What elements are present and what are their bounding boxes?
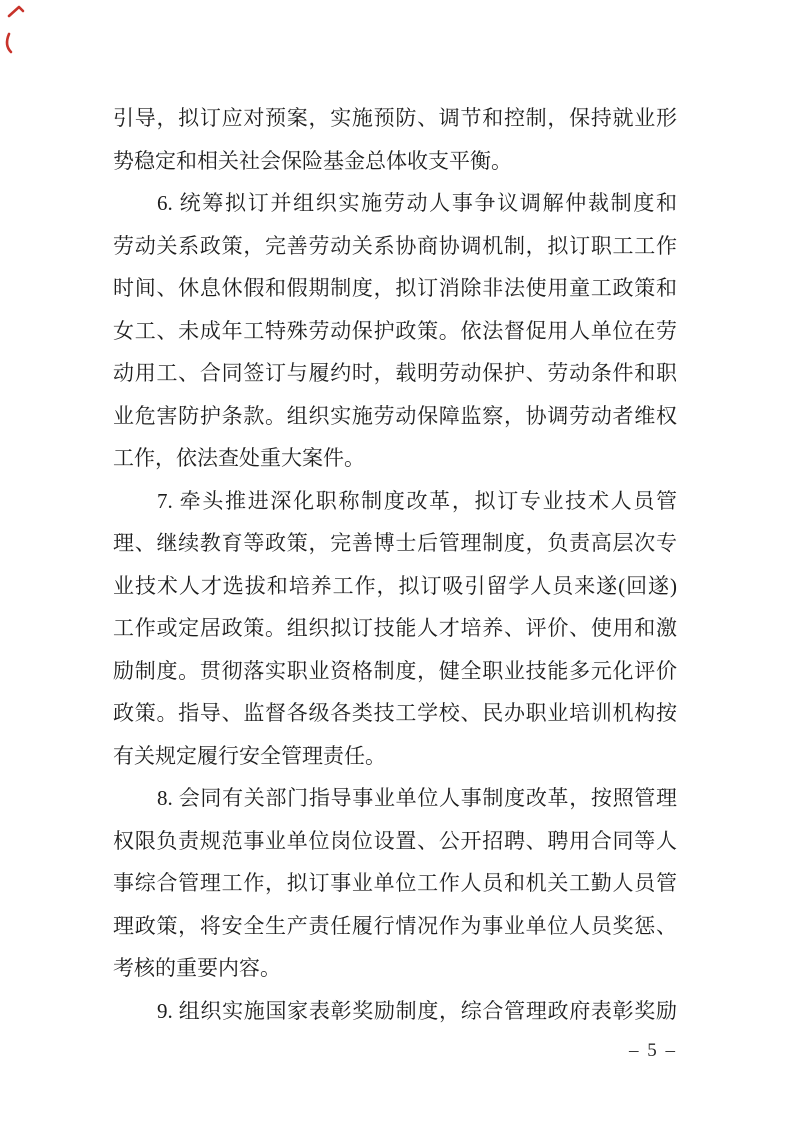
document-page: 引导，拟订应对预案，实施预防、调节和控制，保持就业形 势稳定和相关社会保险基金总…: [0, 0, 793, 1122]
text-line: 6. 统筹拟订并组织实施劳动人事争议调解仲裁制度和: [113, 182, 677, 225]
text-line: 考核的重要内容。: [113, 947, 677, 990]
text-line: 8. 会同有关部门指导事业单位人事制度改革，按照管理: [113, 777, 677, 820]
red-ink-stroke-left-icon: [7, 34, 11, 52]
text-line: 理政策，将安全生产责任履行情况作为事业单位人员奖惩、: [113, 905, 677, 948]
text-line: 权限负责规范事业单位岗位设置、公开招聘、聘用合同等人: [113, 820, 677, 863]
text-line: 9. 组织实施国家表彰奖励制度，综合管理政府表彰奖励: [113, 990, 677, 1033]
text-line: 劳动关系政策，完善劳动关系协商协调机制，拟订职工工作: [113, 225, 677, 268]
text-line: 动用工、合同签订与履约时，载明劳动保护、劳动条件和职: [113, 352, 677, 395]
text-line: 理、继续教育等政策，完善博士后管理制度，负责高层次专: [113, 522, 677, 565]
text-line: 工作，依法查处重大案件。: [113, 437, 677, 480]
text-line: 有关规定履行安全管理责任。: [113, 735, 677, 778]
text-line: 业危害防护条款。组织实施劳动保障监察，协调劳动者维权: [113, 395, 677, 438]
text-line: 女工、未成年工特殊劳动保护政策。依法督促用人单位在劳: [113, 310, 677, 353]
text-line: 政策。指导、监督各级各类技工学校、民办职业培训机构按: [113, 692, 677, 735]
text-line: 时间、休息休假和假期制度，拟订消除非法使用童工政策和: [113, 267, 677, 310]
text-line: 7. 牵头推进深化职称制度改革，拟订专业技术人员管: [113, 480, 677, 523]
red-ink-marks: [0, 0, 40, 70]
text-line: 势稳定和相关社会保险基金总体收支平衡。: [113, 140, 677, 183]
text-line: 励制度。贯彻落实职业资格制度，健全职业技能多元化评价: [113, 650, 677, 693]
text-line: 事综合管理工作，拟订事业单位工作人员和机关工勤人员管: [113, 862, 677, 905]
red-ink-stroke-top-icon: [9, 7, 23, 16]
text-line: 工作或定居政策。组织拟订技能人才培养、评价、使用和激: [113, 607, 677, 650]
document-text-block: 引导，拟订应对预案，实施预防、调节和控制，保持就业形 势稳定和相关社会保险基金总…: [113, 97, 677, 1032]
page-number: – 5 –: [113, 1040, 677, 1062]
text-line: 引导，拟订应对预案，实施预防、调节和控制，保持就业形: [113, 97, 677, 140]
text-line: 业技术人才选拔和培养工作，拟订吸引留学人员来遂(回遂): [113, 565, 677, 608]
